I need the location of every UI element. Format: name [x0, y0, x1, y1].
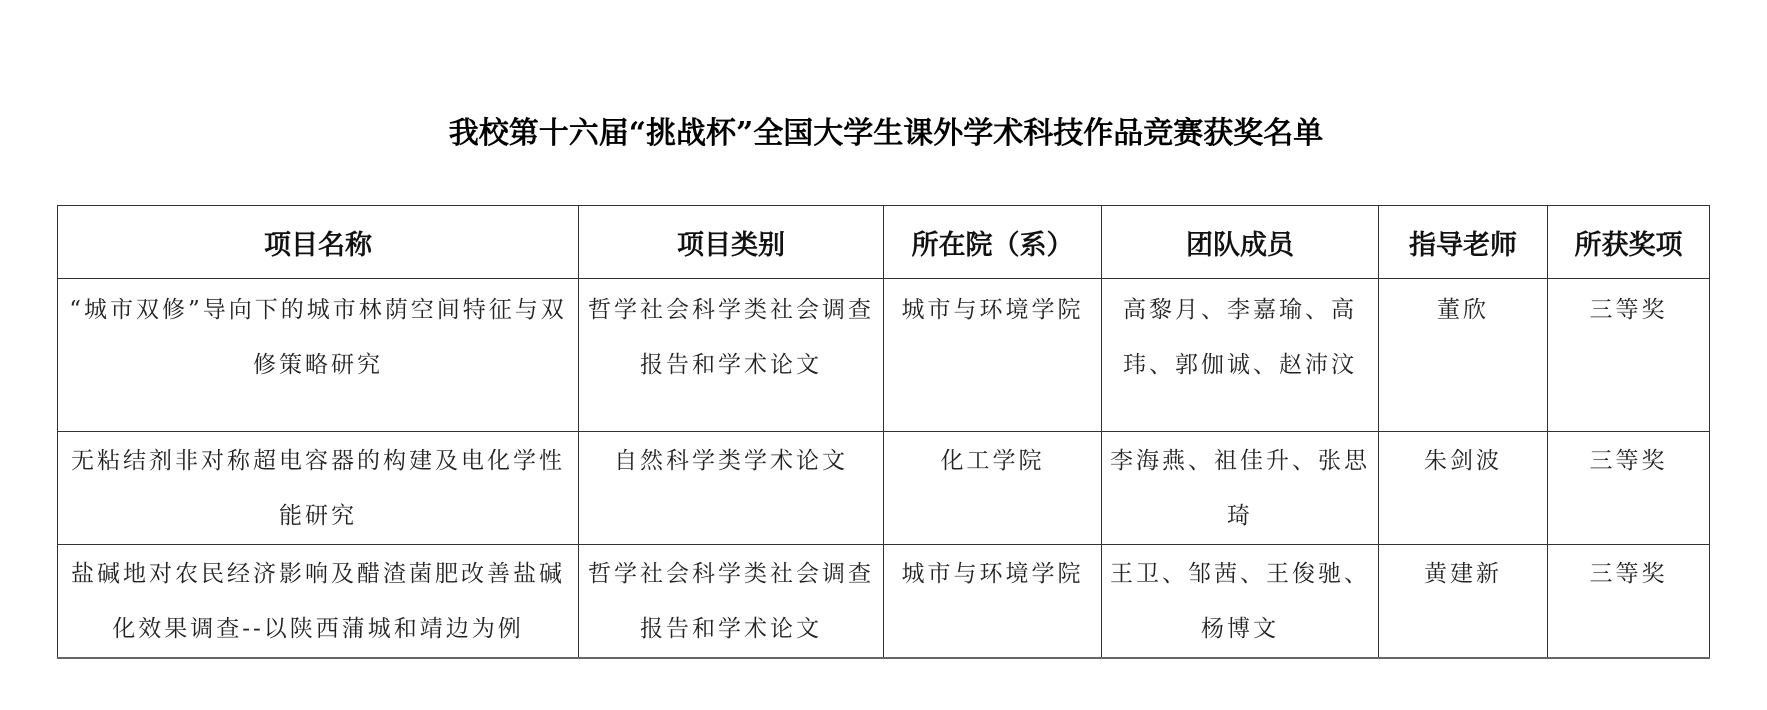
- cell-award: 三等奖: [1548, 279, 1710, 432]
- table-header-row: 项目名称 项目类别 所在院（系） 团队成员 指导老师 所获奖项: [58, 206, 1710, 279]
- cell-project-name: 无粘结剂非对称超电容器的构建及电化学性能研究: [58, 432, 579, 545]
- table-row: 无粘结剂非对称超电容器的构建及电化学性能研究 自然科学类学术论文 化工学院 李海…: [58, 432, 1710, 545]
- column-header-members: 团队成员: [1102, 206, 1379, 279]
- table-row: “城市双修”导向下的城市林荫空间特征与双修策略研究 哲学社会科学类社会调查报告和…: [58, 279, 1710, 432]
- cell-project-name: “城市双修”导向下的城市林荫空间特征与双修策略研究: [58, 279, 579, 432]
- cell-school: 城市与环境学院: [884, 545, 1102, 659]
- cell-category: 自然科学类学术论文: [579, 432, 884, 545]
- awards-table: 项目名称 项目类别 所在院（系） 团队成员 指导老师 所获奖项 “城市双修”导向…: [57, 205, 1710, 659]
- cell-award: 三等奖: [1548, 432, 1710, 545]
- cell-advisor: 朱剑波: [1379, 432, 1548, 545]
- cell-members: 王卫、邹茜、王俊驰、杨博文: [1102, 545, 1379, 659]
- cell-advisor: 董欣: [1379, 279, 1548, 432]
- cell-school: 化工学院: [884, 432, 1102, 545]
- cell-advisor: 黄建新: [1379, 545, 1548, 659]
- cell-category: 哲学社会科学类社会调查报告和学术论文: [579, 545, 884, 659]
- cell-category: 哲学社会科学类社会调查报告和学术论文: [579, 279, 884, 432]
- cell-award: 三等奖: [1548, 545, 1710, 659]
- column-header-category: 项目类别: [579, 206, 884, 279]
- cell-members: 李海燕、祖佳升、张思琦: [1102, 432, 1379, 545]
- column-header-school: 所在院（系）: [884, 206, 1102, 279]
- table-row: 盐碱地对农民经济影响及醋渣菌肥改善盐碱化效果调查--以陕西蒲城和靖边为例 哲学社…: [58, 545, 1710, 659]
- column-header-award: 所获奖项: [1548, 206, 1710, 279]
- cell-members: 高黎月、李嘉瑜、高玮、郭伽诚、赵沛汶: [1102, 279, 1379, 432]
- document-title: 我校第十六届“挑战杯”全国大学生课外学术科技作品竞赛获奖名单: [0, 114, 1767, 154]
- column-header-project-name: 项目名称: [58, 206, 579, 279]
- cell-project-name: 盐碱地对农民经济影响及醋渣菌肥改善盐碱化效果调查--以陕西蒲城和靖边为例: [58, 545, 579, 659]
- column-header-advisor: 指导老师: [1379, 206, 1548, 279]
- cell-school: 城市与环境学院: [884, 279, 1102, 432]
